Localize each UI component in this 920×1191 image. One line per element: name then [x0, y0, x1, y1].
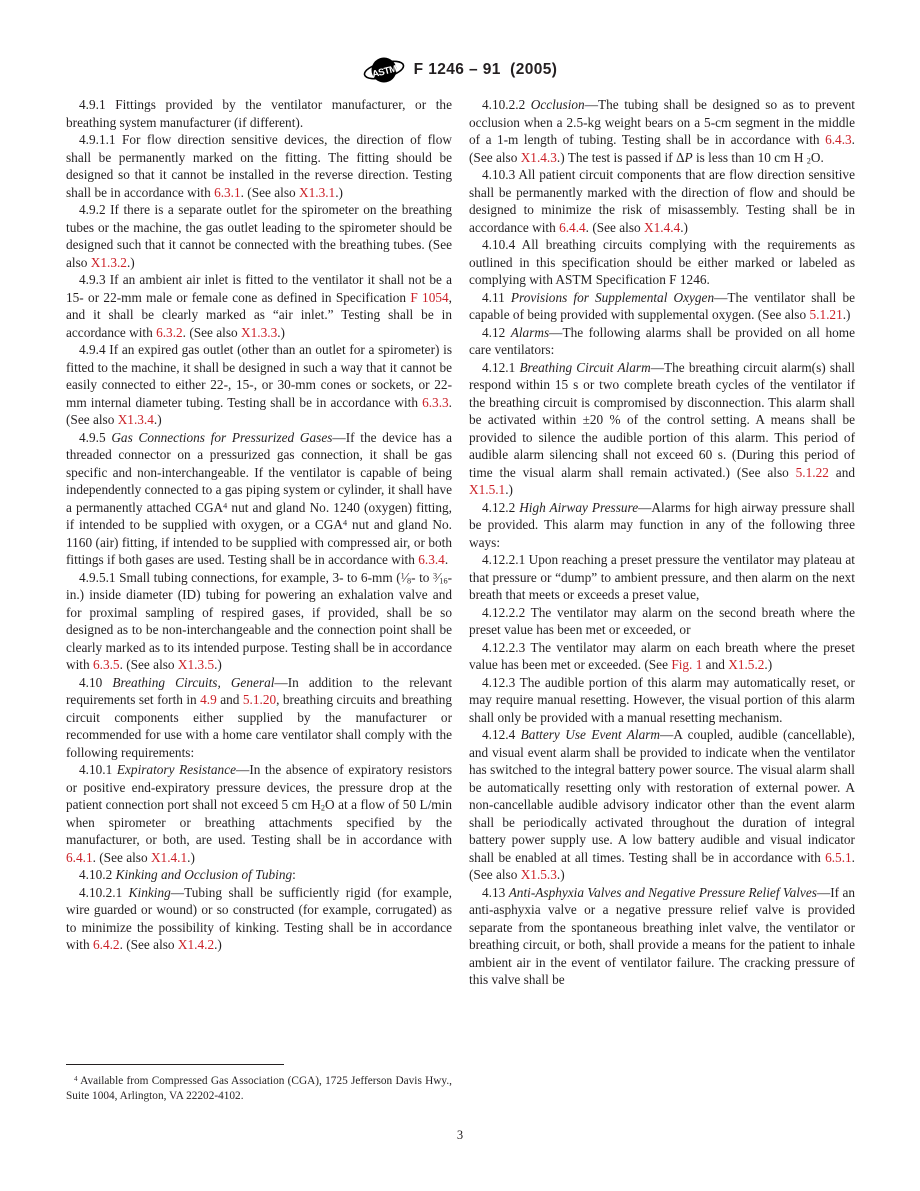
text-run: and	[217, 692, 243, 707]
text-run: .)	[557, 867, 565, 882]
cross-reference-link[interactable]: X1.5.3	[521, 867, 557, 882]
paragraph: 4.10.2.1 Kinking—Tubing shall be suffici…	[66, 884, 452, 954]
text-run: .)	[680, 220, 688, 235]
cross-reference-link[interactable]: X1.5.1	[469, 482, 505, 497]
text-run: Breathing Circuits, General	[112, 675, 274, 690]
cross-reference-link[interactable]: 6.4.4	[559, 220, 586, 235]
text-run: . (See also	[241, 185, 299, 200]
cross-reference-link[interactable]: 6.3.2	[156, 325, 183, 340]
text-run: . (See also	[120, 937, 178, 952]
document-page: ASTM F 1246 – 91 (2005) 4.9.1 Fittings p…	[0, 0, 920, 1191]
cross-reference-link[interactable]: 6.4.2	[93, 937, 120, 952]
cross-reference-link[interactable]: X1.3.3	[241, 325, 277, 340]
paragraph: 4.10.4 All breathing circuits complying …	[469, 236, 855, 289]
paragraph: 4.10.2.2 Occlusion—The tubing shall be d…	[469, 96, 855, 166]
cross-reference-link[interactable]: X1.3.1	[299, 185, 335, 200]
cross-reference-link[interactable]: X1.3.5	[178, 657, 214, 672]
text-run: Breathing Circuit Alarm	[519, 360, 650, 375]
text-run: 4.12.2.3 The ventilator may alarm on eac…	[469, 640, 855, 673]
text-run: 4.10.2.1	[79, 885, 129, 900]
footnote-divider	[66, 1064, 284, 1065]
text-run: . (See also	[183, 325, 241, 340]
text-run: 4.12.3 The audible portion of this alarm…	[469, 675, 855, 725]
cross-reference-link[interactable]: 6.3.3	[422, 395, 449, 410]
paragraph: 4.9.1.1 For flow direction sensitive dev…	[66, 131, 452, 201]
cross-reference-link[interactable]: X1.4.2	[178, 937, 214, 952]
text-run: 4.12.2	[482, 500, 519, 515]
text-run: 4.10.1	[79, 762, 117, 777]
text-run: .)	[127, 255, 135, 270]
text-run: Available from Compressed Gas Associatio…	[66, 1075, 452, 1102]
text-run: 4.12.1	[482, 360, 519, 375]
text-run: Battery Use Event Alarm	[521, 727, 660, 742]
text-run: P	[685, 150, 693, 165]
cross-reference-link[interactable]: X1.4.1	[151, 850, 187, 865]
cross-reference-link[interactable]: 5.1.22	[796, 465, 829, 480]
cross-reference-link[interactable]: 4.9	[200, 692, 217, 707]
text-run: 4.10	[79, 675, 112, 690]
text-run: .)	[277, 325, 285, 340]
doc-designation: F 1246 – 91 (2005)	[414, 61, 558, 79]
paragraph: 4.12.2.1 Upon reaching a preset pressure…	[469, 551, 855, 604]
text-run: :	[292, 867, 296, 882]
page-footer: 3	[0, 1128, 920, 1143]
text-run: 4.12.2.1 Upon reaching a preset pressure…	[469, 552, 855, 602]
paragraph: 4.12.3 The audible portion of this alarm…	[469, 674, 855, 727]
paragraph: 4.10.2 Kinking and Occlusion of Tubing:	[66, 866, 452, 884]
text-run: .)	[505, 482, 513, 497]
text-run: .)	[154, 412, 162, 427]
paragraph: 4.13 Anti-Asphyxia Valves and Negative P…	[469, 884, 855, 989]
text-run: —A coupled, audible (cancellable), and v…	[469, 727, 855, 865]
text-run: High Airway Pressure	[519, 500, 638, 515]
text-run: . (See also	[586, 220, 644, 235]
text-run: 4.9.5.1 Small tubing connections, for ex…	[79, 570, 401, 585]
text-run: Alarms	[511, 325, 549, 340]
text-run: O.	[811, 150, 824, 165]
text-run: —The breathing circuit alarm(s) shall re…	[469, 360, 855, 480]
cross-reference-link[interactable]: 6.5.1	[825, 850, 852, 865]
paragraph: 4.12.2 High Airway Pressure—Alarms for h…	[469, 499, 855, 552]
text-run: Provisions for Supplemental Oxygen	[511, 290, 714, 305]
cross-reference-link[interactable]: 6.3.4	[418, 552, 445, 567]
text-run: . (See also	[120, 657, 178, 672]
cross-reference-link[interactable]: 5.1.21	[809, 307, 842, 322]
paragraph: 4.9.4 If an expired gas outlet (other th…	[66, 341, 452, 429]
text-run: 4.9.4 If an expired gas outlet (other th…	[66, 342, 452, 410]
text-run: Expiratory Resistance	[117, 762, 236, 777]
footnote: 4 Available from Compressed Gas Associat…	[66, 1064, 452, 1103]
astm-logo-icon: ASTM	[363, 54, 405, 86]
text-run: 4.10.2	[79, 867, 116, 882]
text-run: 4.11	[482, 290, 511, 305]
paragraph: 4.9.2 If there is a separate outlet for …	[66, 201, 452, 271]
cross-reference-link[interactable]: X1.3.4	[118, 412, 154, 427]
paragraph: 4.10.3 All patient circuit components th…	[469, 166, 855, 236]
text-run: 4.9.3 If an ambient air inlet is fitted …	[66, 272, 452, 305]
cross-reference-link[interactable]: Fig. 1	[671, 657, 702, 672]
text-run: .)	[764, 657, 772, 672]
text-run: Kinking	[129, 885, 171, 900]
paragraph: 4.10 Breathing Circuits, General—In addi…	[66, 674, 452, 762]
paragraph: 4.11 Provisions for Supplemental Oxygen—…	[469, 289, 855, 324]
cross-reference-link[interactable]: 6.3.5	[93, 657, 120, 672]
text-run: .	[445, 552, 448, 567]
text-run: 4.12	[482, 325, 511, 340]
text-run: Anti-Asphyxia Valves and Negative Pressu…	[509, 885, 817, 900]
paragraph: 4 Available from Compressed Gas Associat…	[66, 1074, 452, 1103]
right-column: 4.10.2.2 Occlusion—The tubing shall be d…	[469, 96, 855, 989]
text-run: . (See also	[93, 850, 151, 865]
text-run: Occlusion	[531, 97, 585, 112]
text-run: .)	[214, 657, 222, 672]
text-run: .)	[843, 307, 851, 322]
body-columns: 4.9.1 Fittings provided by the ventilato…	[66, 96, 855, 989]
text-run: - to	[411, 570, 433, 585]
text-run: 4.12.2.2 The ventilator may alarm on the…	[469, 605, 855, 638]
paragraph: 4.12.2.2 The ventilator may alarm on the…	[469, 604, 855, 639]
paragraph: 4.12.2.3 The ventilator may alarm on eac…	[469, 639, 855, 674]
text-run: .)	[214, 937, 222, 952]
text-run: 4.13	[482, 885, 509, 900]
paragraph: 4.10.1 Expiratory Resistance—In the abse…	[66, 761, 452, 866]
text-run: and	[702, 657, 728, 672]
cross-reference-link[interactable]: X1.4.3	[521, 150, 557, 165]
text-run: is less than 10 cm H	[693, 150, 807, 165]
paragraph: 4.12.1 Breathing Circuit Alarm—The breat…	[469, 359, 855, 499]
text-run: .)	[335, 185, 343, 200]
text-run: and	[829, 465, 855, 480]
footnote-text: 4 Available from Compressed Gas Associat…	[66, 1074, 452, 1103]
text-run: 4.9.5	[79, 430, 111, 445]
cross-reference-link[interactable]: 6.3.1	[214, 185, 241, 200]
cross-reference-link[interactable]: 5.1.20	[243, 692, 276, 707]
cross-reference-link[interactable]: X1.4.4	[644, 220, 680, 235]
text-run: Gas Connections for Pressurized Gases	[111, 430, 332, 445]
text-run: .) The test is passed if Δ	[557, 150, 685, 165]
text-run: Kinking and Occlusion of Tubing	[116, 867, 293, 882]
text-run: 4.10.4 All breathing circuits complying …	[469, 237, 855, 287]
cross-reference-link[interactable]: 6.4.3	[825, 132, 852, 147]
left-column: 4.9.1 Fittings provided by the ventilato…	[66, 96, 452, 989]
cross-reference-link[interactable]: X1.3.2	[91, 255, 127, 270]
cross-reference-link[interactable]: F 1054	[410, 290, 448, 305]
cross-reference-link[interactable]: X1.5.2	[728, 657, 764, 672]
text-run: 4.12.4	[482, 727, 521, 742]
text-run: 4.10.2.2	[482, 97, 531, 112]
paragraph: 4.9.1 Fittings provided by the ventilato…	[66, 96, 452, 131]
cross-reference-link[interactable]: 6.4.1	[66, 850, 93, 865]
text-run: 4.9.1 Fittings provided by the ventilato…	[66, 97, 452, 130]
paragraph: 4.12.4 Battery Use Event Alarm—A coupled…	[469, 726, 855, 884]
document-header: ASTM F 1246 – 91 (2005)	[0, 54, 920, 86]
text-run: .)	[187, 850, 195, 865]
paragraph: 4.12 Alarms—The following alarms shall b…	[469, 324, 855, 359]
page-number: 3	[457, 1128, 463, 1142]
paragraph: 4.9.3 If an ambient air inlet is fitted …	[66, 271, 452, 341]
paragraph: 4.9.5.1 Small tubing connections, for ex…	[66, 569, 452, 674]
paragraph: 4.9.5 Gas Connections for Pressurized Ga…	[66, 429, 452, 569]
subscript-text: 16	[439, 576, 447, 585]
